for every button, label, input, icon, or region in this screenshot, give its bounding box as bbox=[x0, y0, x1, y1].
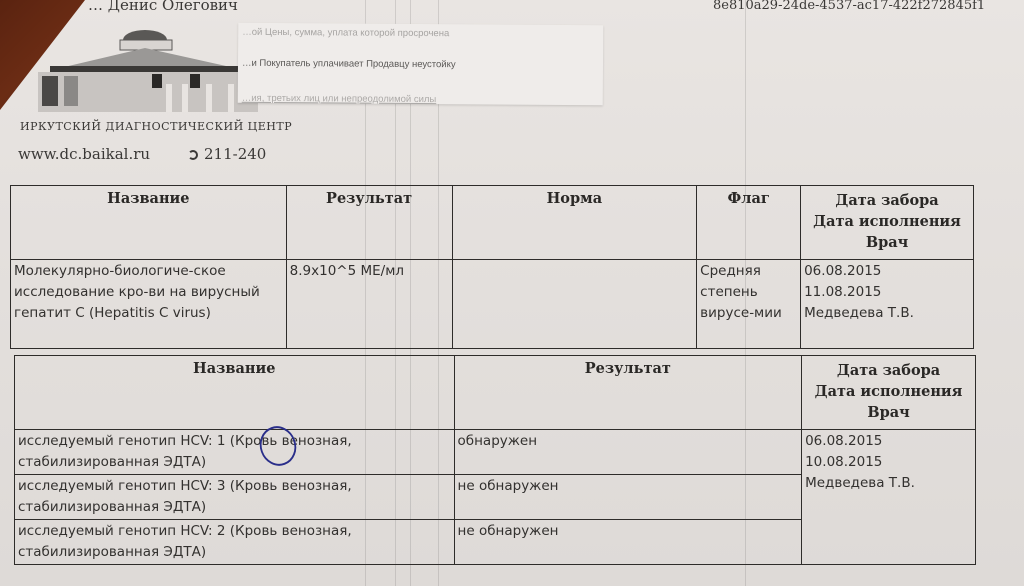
header-norm: Норма bbox=[452, 186, 697, 260]
header-doctor: Врач bbox=[805, 402, 972, 423]
website-link[interactable]: www.dc.baikal.ru bbox=[18, 145, 150, 163]
cell-flag: Средняя степень вирусе-мии bbox=[697, 260, 801, 349]
center-name: ИРКУТСКИЙ ДИАГНОСТИЧЕСКИЙ ЦЕНТР bbox=[20, 120, 292, 133]
cell-dates: 06.08.2015 10.08.2015 Медведева Т.В. bbox=[802, 430, 976, 565]
header-collection-date: Дата забора bbox=[804, 190, 970, 211]
slip-line-1: …ой Цены, сумма, уплата которой просроче… bbox=[242, 27, 449, 39]
table-header-row: Название Результат Норма Флаг Дата забор… bbox=[11, 186, 974, 260]
patient-name: … Денис Олегович bbox=[88, 0, 238, 14]
slip-line-2: …и Покупатель уплачивает Продавцу неусто… bbox=[242, 58, 456, 70]
viral-load-table: Название Результат Норма Флаг Дата забор… bbox=[10, 185, 974, 349]
header-completion-date: Дата исполнения bbox=[805, 381, 972, 402]
cell-norm bbox=[452, 260, 697, 349]
cell-name: Молекулярно-биологиче-ское исследование … bbox=[11, 260, 287, 349]
header-name: Название bbox=[15, 356, 455, 430]
header-collection-date: Дата забора bbox=[805, 360, 972, 381]
table-row: исследуемый генотип HCV: 1 (Кровь венозн… bbox=[15, 430, 976, 475]
building-logo bbox=[20, 28, 260, 112]
document-id: 8e810a29-24de-4537-ac17-422f272845f1 bbox=[713, 0, 985, 13]
cell-name: исследуемый генотип HCV: 3 (Кровь венозн… bbox=[15, 475, 455, 520]
cell-dates: 06.08.2015 11.08.2015 Медведева Т.В. bbox=[801, 260, 974, 349]
header-name: Название bbox=[11, 186, 287, 260]
cell-result: 8.9x10^5 МЕ/мл bbox=[286, 260, 452, 349]
header-doctor: Врач bbox=[804, 232, 970, 253]
doctor-name: Медведева Т.В. bbox=[805, 473, 972, 494]
table-row: Молекулярно-биологиче-ское исследование … bbox=[11, 260, 974, 349]
header-result: Результат bbox=[454, 356, 802, 430]
cell-result: не обнаружен bbox=[454, 475, 802, 520]
header-dates: Дата забора Дата исполнения Врач bbox=[801, 186, 974, 260]
header-flag: Флаг bbox=[697, 186, 801, 260]
pasted-paper-slip: …ой Цены, сумма, уплата которой просроче… bbox=[238, 23, 604, 106]
table-header-row: Название Результат Дата забора Дата испо… bbox=[15, 356, 976, 430]
phone-number: 211-240 bbox=[188, 145, 266, 163]
phone-icon bbox=[188, 150, 198, 160]
header-result: Результат bbox=[286, 186, 452, 260]
slip-line-3: …ия, третьих лиц или непреодолимой силы bbox=[242, 93, 437, 105]
phone-text: 211-240 bbox=[204, 145, 266, 163]
cell-result: обнаружен bbox=[454, 430, 802, 475]
completion-date: 11.08.2015 bbox=[804, 282, 970, 303]
completion-date: 10.08.2015 bbox=[805, 452, 972, 473]
cell-name: исследуемый генотип HCV: 2 (Кровь венозн… bbox=[15, 520, 455, 565]
header-dates: Дата забора Дата исполнения Врач bbox=[802, 356, 976, 430]
doctor-name: Медведева Т.В. bbox=[804, 303, 970, 324]
header-completion-date: Дата исполнения bbox=[804, 211, 970, 232]
collection-date: 06.08.2015 bbox=[804, 261, 970, 282]
genotype-table: Название Результат Дата забора Дата испо… bbox=[14, 355, 976, 565]
cell-result: не обнаружен bbox=[454, 520, 802, 565]
collection-date: 06.08.2015 bbox=[805, 431, 972, 452]
cell-name: исследуемый генотип HCV: 1 (Кровь венозн… bbox=[15, 430, 455, 475]
